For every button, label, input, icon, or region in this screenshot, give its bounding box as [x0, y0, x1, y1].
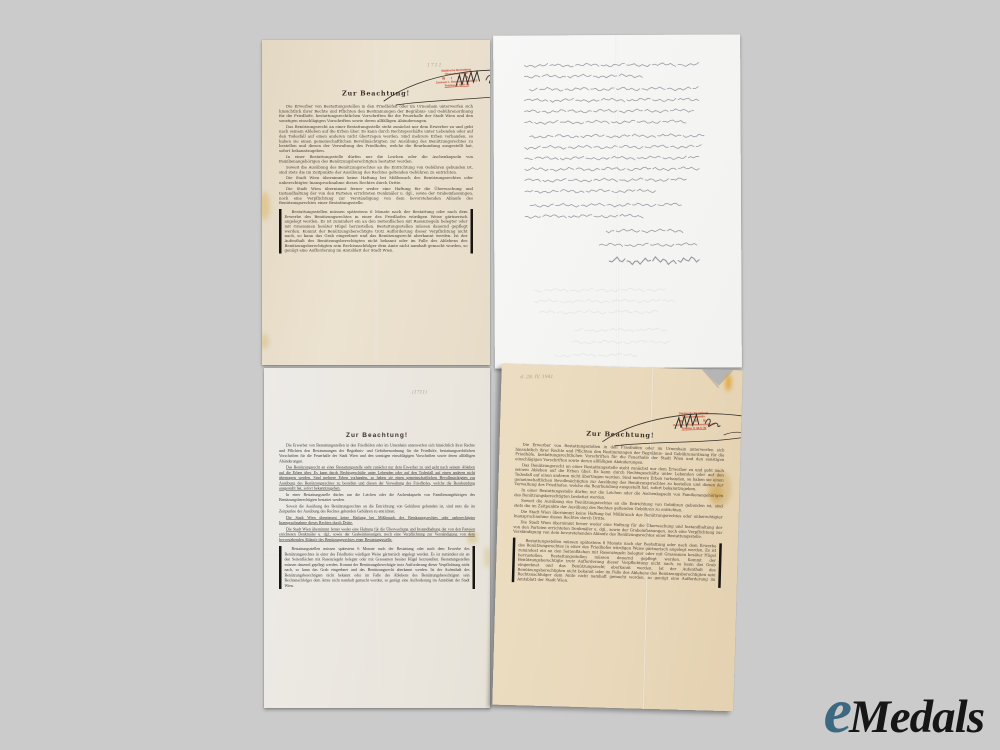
- notice-paragraph-underlined: Die Stadt Wien übernimmt ferner weder ei…: [279, 527, 475, 543]
- document-handwritten-letter: [493, 34, 742, 368]
- pencil-inventory-note: 1711: [427, 63, 442, 68]
- notice-body: Die Erwerber von Bestattungsstellen in d…: [279, 104, 473, 254]
- document-notice-bottom-right: d. 28. IV. 1941 Zur Beachtung! Die Erwer…: [492, 364, 742, 712]
- document-notice-top-left: 1711 Zur Beachtung! Die Erwerber von Bes…: [262, 40, 490, 365]
- red-ink-stamp: Städtische Bestattung Übernahmsstelle W …: [653, 411, 734, 432]
- emedals-logo-e: e: [824, 682, 852, 740]
- notice-paragraph: Soweit die Ausübung des Benützungsrechte…: [279, 165, 473, 175]
- red-ink-stamp: Städtische Bestattung Übernahmsstelle W …: [416, 67, 490, 90]
- stamp-line: Telefon U 43-5-49: [653, 426, 734, 432]
- notice-paragraph: Die Stadt Wien übernimmt ferner weder ei…: [279, 186, 473, 205]
- notice-paragraph: Die Stadt Wien übernimmt keine Haftung b…: [279, 176, 473, 186]
- paper-stain: [262, 334, 269, 349]
- handwriting-ink: [493, 34, 742, 368]
- notice-boxed-paragraph: Bestattungsstellen müssen spätestens 6 M…: [279, 546, 475, 589]
- emedals-watermark: e Medals: [824, 682, 984, 744]
- notice-body: Die Erwerber von Bestattungsstellen in d…: [512, 442, 725, 588]
- notice-paragraph-underlined: Das Benützungsrecht an einer Bestattungs…: [279, 465, 475, 491]
- notice-heading: Zur Beachtung!: [279, 90, 473, 98]
- notice-paragraph: Die Erwerber von Bestattungsstellen in d…: [279, 443, 475, 464]
- notice-boxed-paragraph: Bestattungsstellen müssen spätestens 6 M…: [279, 209, 473, 253]
- pencil-date-note: d. 28. IV. 1941: [520, 375, 553, 380]
- notice-boxed-paragraph: Bestattungsstellen müssen spätestens 6 M…: [512, 537, 722, 587]
- notice-paragraph: Die Erwerber von Bestattungsstellen in d…: [279, 104, 473, 123]
- notice-body: Die Erwerber von Bestattungsstellen in d…: [279, 443, 475, 589]
- notice-paragraph-underlined: Die Stadt Wien übernimmt keine Haftung b…: [279, 515, 475, 526]
- notice-paragraph: In einer Bestattungsstelle dürfen nur di…: [279, 492, 475, 503]
- notice-paragraph: Das Benützungsrecht an einer Bestattungs…: [279, 124, 473, 153]
- notice-paragraph: In einer Bestattungsstelle dürfen nur di…: [279, 154, 473, 164]
- photo-of-documents: { "scene": { "background_color": "#cbcbc…: [0, 0, 1000, 750]
- pencil-inventory-note: (1711): [412, 390, 427, 395]
- notice-heading: Zur Beachtung!: [279, 431, 475, 439]
- document-notice-bottom-left: (1711) Zur Beachtung! Die Erwerber von B…: [264, 368, 490, 708]
- notice-paragraph: Soweit die Ausübung des Benützungsrechte…: [279, 504, 475, 515]
- emedals-logo-text: Medals: [849, 690, 984, 744]
